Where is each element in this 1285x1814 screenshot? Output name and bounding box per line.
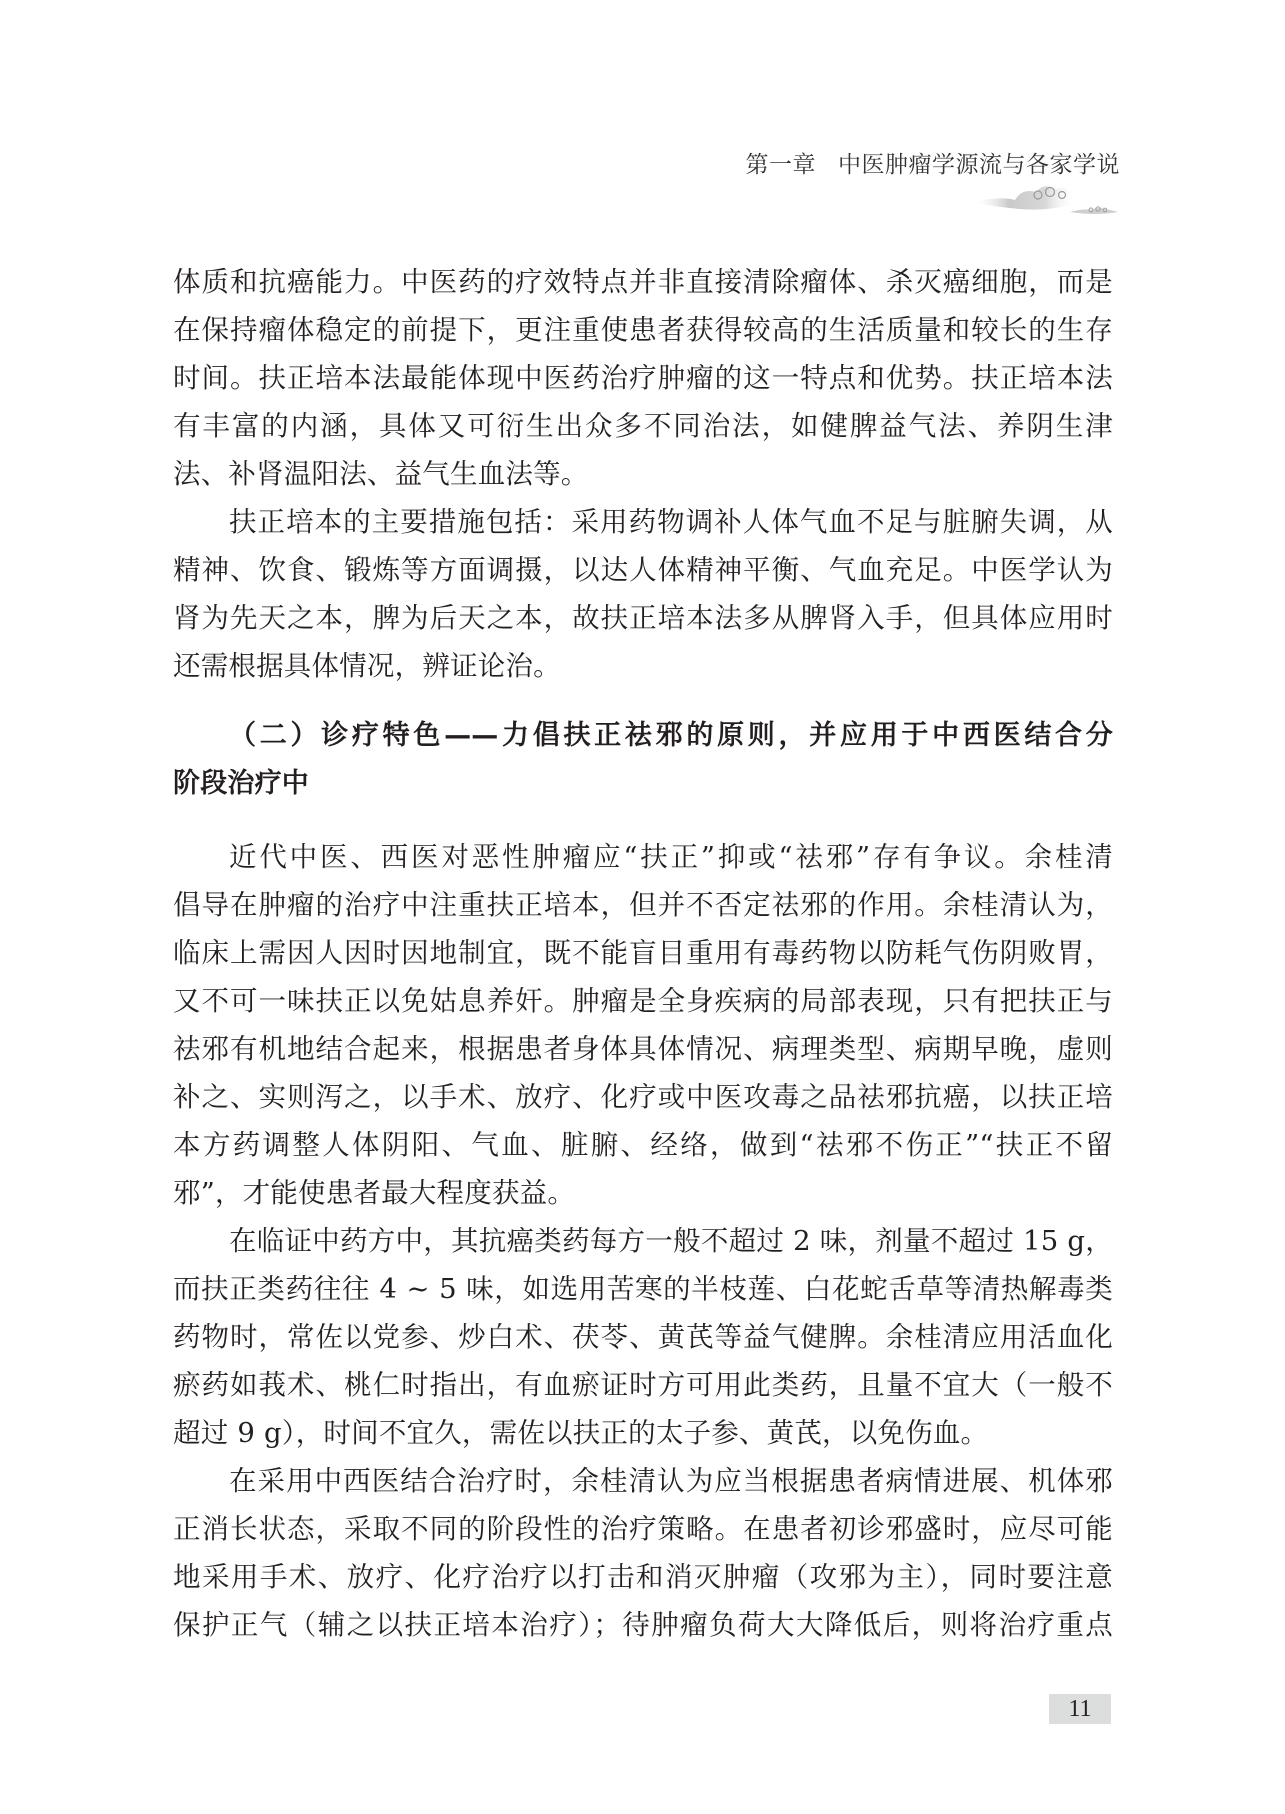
- text-line: 瘀药如莪术、桃仁时指出，有血瘀证时方可用此类药，且量不宜大（一般不: [173, 1361, 1113, 1409]
- paragraph-1: 体质和抗癌能力。中医药的疗效特点并非直接清除瘤体、杀灭癌细胞，而是 在保持瘤体稳…: [173, 258, 1113, 498]
- text-line: 药物时，常佐以党参、炒白术、茯苓、黄芪等益气健脾。余桂清应用活血化: [173, 1313, 1113, 1361]
- text-line: 在保持瘤体稳定的前提下，更注重使患者获得较高的生活质量和较长的生存: [173, 306, 1113, 354]
- text-line: 还需根据具体情况，辨证论治。: [173, 642, 1113, 690]
- text-line: 有丰富的内涵，具体又可衍生出众多不同治法，如健脾益气法、养阴生津: [173, 402, 1113, 450]
- text-line: 而扶正类药往往 4 ~ 5 味，如选用苦寒的半枝莲、白花蛇舌草等清热解毒类: [173, 1265, 1113, 1313]
- text-line: 法、补肾温阳法、益气生血法等。: [173, 450, 1113, 498]
- text-line: 精神、饮食、锻炼等方面调摄，以达人体精神平衡、气血充足。中医学认为: [173, 546, 1113, 594]
- text-line: 在采用中西医结合治疗时，余桂清认为应当根据患者病情进展、机体邪: [173, 1457, 1113, 1505]
- paragraph-4: 在临证中药方中，其抗癌类药每方一般不超过 2 味，剂量不超过 15 g， 而扶正…: [173, 1217, 1113, 1457]
- text-line: 保护正气（辅之以扶正培本治疗）；待肿瘤负荷大大降低后，则将治疗重点: [173, 1601, 1113, 1649]
- section-heading: （二）诊疗特色——力倡扶正祛邪的原则，并应用于中西医结合分 阶段治疗中: [173, 712, 1113, 808]
- paragraph-2: 扶正培本的主要措施包括：采用药物调补人体气血不足与脏腑失调，从 精神、饮食、锻炼…: [173, 498, 1113, 690]
- text-line: 正消长状态，采取不同的阶段性的治疗策略。在患者初诊邪盛时，应尽可能: [173, 1505, 1113, 1553]
- heading-line: （二）诊疗特色——力倡扶正祛邪的原则，并应用于中西医结合分: [173, 712, 1113, 760]
- text-line: 在临证中药方中，其抗癌类药每方一般不超过 2 味，剂量不超过 15 g，: [173, 1217, 1113, 1265]
- chapter-number: 第一章: [746, 152, 817, 178]
- text-line: 体质和抗癌能力。中医药的疗效特点并非直接清除瘤体、杀灭癌细胞，而是: [173, 258, 1113, 306]
- text-line: 祛邪有机地结合起来，根据患者身体具体情况、病理类型、病期早晚，虚则: [173, 1025, 1113, 1073]
- heading-line: 阶段治疗中: [173, 760, 1113, 808]
- text-line: 倡导在肿瘤的治疗中注重扶正培本，但并不否定祛邪的作用。余桂清认为，: [173, 881, 1113, 929]
- text-line: 扶正培本的主要措施包括：采用药物调补人体气血不足与脏腑失调，从: [173, 498, 1113, 546]
- paragraph-5: 在采用中西医结合治疗时，余桂清认为应当根据患者病情进展、机体邪 正消长状态，采取…: [173, 1457, 1113, 1649]
- text-line: 邪”，才能使患者最大程度获益。: [173, 1169, 1113, 1217]
- text-line: 又不可一味扶正以免姑息养奸。肿瘤是全身疾病的局部表现，只有把扶正与: [173, 977, 1113, 1025]
- text-line: 近代中医、西医对恶性肿瘤应“扶正”抑或“祛邪”存有争议。余桂清: [173, 833, 1113, 881]
- paragraph-3: 近代中医、西医对恶性肿瘤应“扶正”抑或“祛邪”存有争议。余桂清 倡导在肿瘤的治疗…: [173, 833, 1113, 1217]
- text-line: 临床上需因人因时因地制宜，既不能盲目重用有毒药物以防耗气伤阴败胃，: [173, 929, 1113, 977]
- text-line: 时间。扶正培本法最能体现中医药治疗肿瘤的这一特点和优势。扶正培本法: [173, 354, 1113, 402]
- page-number: 11: [1049, 1694, 1111, 1724]
- text-line: 肾为先天之本，脾为后天之本，故扶正培本法多从脾肾入手，但具体应用时: [173, 594, 1113, 642]
- cloud-ornament-icon: [970, 180, 1120, 220]
- text-line: 超过 9 g），时间不宜久，需佐以扶正的太子参、黄芪，以免伤血。: [173, 1409, 1113, 1457]
- text-line: 地采用手术、放疗、化疗治疗以打击和消灭肿瘤（攻邪为主），同时要注意: [173, 1553, 1113, 1601]
- text-line: 本方药调整人体阴阳、气血、脏腑、经络，做到“祛邪不伤正”“扶正不留: [173, 1121, 1113, 1169]
- text-line: 补之、实则泻之，以手术、放疗、化疗或中医攻毒之品祛邪抗癌，以扶正培: [173, 1073, 1113, 1121]
- chapter-title: 中医肿瘤学源流与各家学说: [838, 152, 1120, 178]
- running-header: 第一章中医肿瘤学源流与各家学说: [720, 146, 1120, 179]
